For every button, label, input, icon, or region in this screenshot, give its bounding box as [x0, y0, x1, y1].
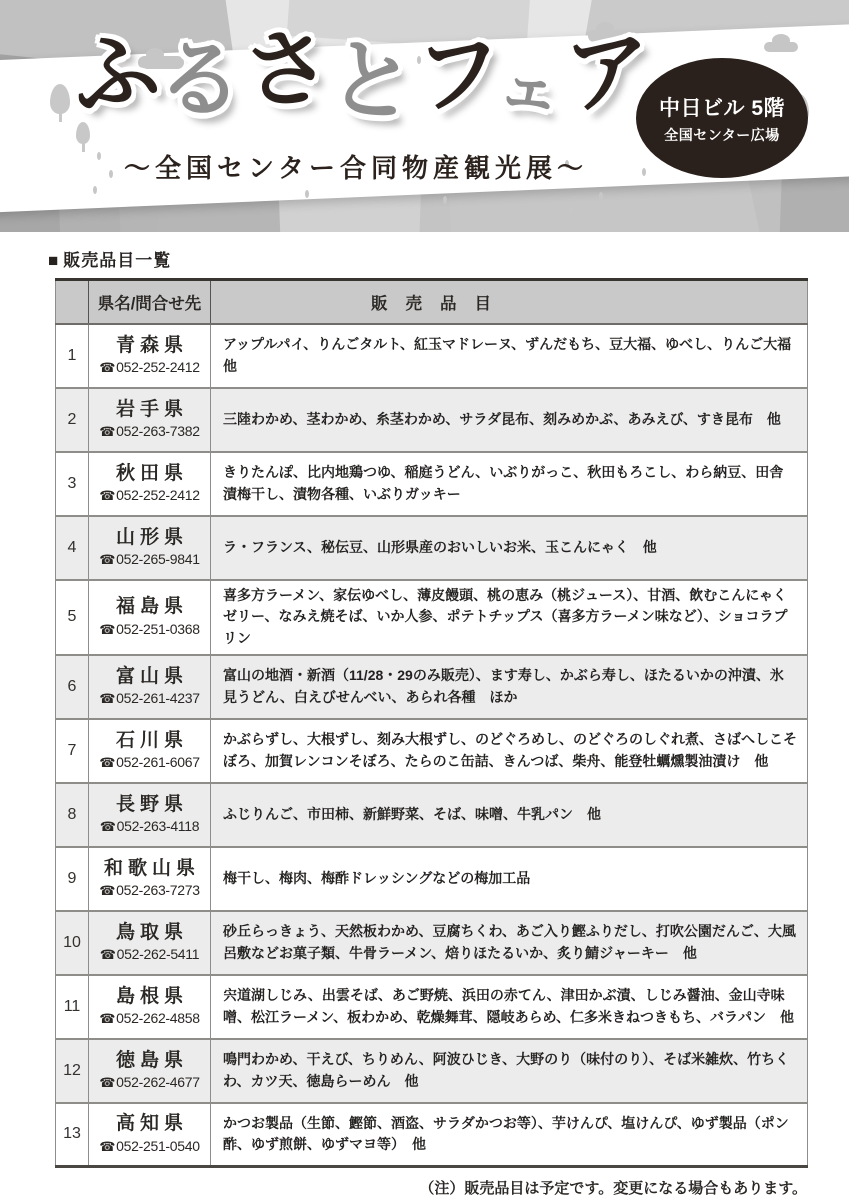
prefecture-contact-cell: 石川県☎052-261-6067: [89, 719, 211, 783]
phone-icon: ☎: [99, 424, 115, 439]
row-number: 4: [56, 516, 89, 580]
venue-badge-line1: 中日ビル 5階: [659, 92, 785, 122]
prefecture-name: 山形県: [91, 527, 208, 550]
table-row: 8長野県☎052-263-4118ふじりんご、市田柿、新鮮野菜、そば、味噌、牛乳…: [56, 783, 808, 847]
footnote: （注）販売品目は予定です。変更になる場合もあります。: [48, 1177, 807, 1198]
phone-number: ☎052-265-9841: [91, 551, 208, 568]
row-number: 10: [56, 911, 89, 975]
phone-number: ☎052-252-2412: [91, 359, 208, 376]
fair-subtitle: ～全国センター合同物産観光展～: [86, 148, 626, 185]
flyer-page: { "header": { "title_chars": [ {"ch":"ふ"…: [0, 0, 849, 1200]
prefecture-contact-cell: 福島県☎052-251-0368: [89, 580, 211, 655]
items-cell: 宍道湖しじみ、出雲そば、あご野焼、浜田の赤てん、津田かぶ漬、しじみ醤油、金山寺味…: [211, 975, 808, 1039]
prefecture-name: 福島県: [91, 596, 208, 619]
phone-icon: ☎: [99, 360, 115, 375]
table-row: 6富山県☎052-261-4237富山の地酒・新酒（11/28・29のみ販売）、…: [56, 655, 808, 719]
row-number: 6: [56, 655, 89, 719]
table-row: 2岩手県☎052-263-7382三陸わかめ、茎わかめ、糸茎わかめ、サラダ昆布、…: [56, 388, 808, 452]
row-number: 7: [56, 719, 89, 783]
title-char: ェ: [493, 51, 566, 124]
header-cell-number: [56, 280, 89, 324]
prefecture-name: 秋田県: [91, 463, 208, 486]
prefecture-name: 高知県: [91, 1113, 208, 1136]
content-area: ■販売品目一覧 県名/問合せ先 販売品目 1青森県☎052-252-2412アッ…: [0, 232, 849, 1198]
prefecture-contact-cell: 秋田県☎052-252-2412: [89, 452, 211, 516]
phone-number: ☎052-251-0368: [91, 621, 208, 638]
row-number: 3: [56, 452, 89, 516]
items-cell: かぶらずし、大根ずし、刻み大根ずし、のどぐろめし、のどぐろのしぐれ煮、さばへしこ…: [211, 719, 808, 783]
phone-icon: ☎: [99, 1075, 115, 1090]
prefecture-contact-cell: 青森県☎052-252-2412: [89, 324, 211, 388]
title-char: フ: [413, 28, 506, 121]
row-number: 12: [56, 1039, 89, 1103]
prefecture-contact-cell: 高知県☎052-251-0540: [89, 1103, 211, 1167]
header-cell-items: 販売品目: [211, 280, 808, 324]
items-cell: 喜多方ラーメン、家伝ゆべし、薄皮饅頭、桃の恵み（桃ジュース）、甘酒、飲むこんにゃ…: [211, 580, 808, 655]
phone-number: ☎052-262-4677: [91, 1074, 208, 1091]
prefecture-contact-cell: 富山県☎052-261-4237: [89, 655, 211, 719]
table-row: 1青森県☎052-252-2412アップルパイ、りんごタルト、紅玉マドレーヌ、ず…: [56, 324, 808, 388]
table-row: 7石川県☎052-261-6067かぶらずし、大根ずし、刻み大根ずし、のどぐろめ…: [56, 719, 808, 783]
prefecture-contact-cell: 徳島県☎052-262-4677: [89, 1039, 211, 1103]
table-row: 10鳥取県☎052-262-5411砂丘らっきょう、天然板わかめ、豆腐ちくわ、あ…: [56, 911, 808, 975]
title-char: と: [325, 35, 420, 130]
header-cell-contact: 県名/問合せ先: [89, 280, 211, 324]
phone-icon: ☎: [99, 691, 115, 706]
prefecture-contact-cell: 長野県☎052-263-4118: [89, 783, 211, 847]
prefecture-contact-cell: 岩手県☎052-263-7382: [89, 388, 211, 452]
items-cell: かつお製品（生節、鰹節、酒盗、サラダかつお等）、芋けんぴ、塩けんぴ、ゆず製品（ポ…: [211, 1103, 808, 1167]
items-cell: 三陸わかめ、茎わかめ、糸茎わかめ、サラダ昆布、刻みめかぶ、あみえび、すき昆布 他: [211, 388, 808, 452]
row-number: 9: [56, 847, 89, 911]
prefecture-name: 青森県: [91, 335, 208, 358]
prefecture-name: 島根県: [91, 986, 208, 1009]
row-number: 1: [56, 324, 89, 388]
table-row: 12徳島県☎052-262-4677鳴門わかめ、干えび、ちりめん、阿波ひじき、大…: [56, 1039, 808, 1103]
phone-number: ☎052-263-4118: [91, 818, 208, 835]
phone-icon: ☎: [99, 1139, 115, 1154]
row-number: 8: [56, 783, 89, 847]
phone-number: ☎052-263-7273: [91, 882, 208, 899]
phone-number: ☎052-261-4237: [91, 690, 208, 707]
table-row: 13高知県☎052-251-0540かつお製品（生節、鰹節、酒盗、サラダかつお等…: [56, 1103, 808, 1167]
items-cell: 富山の地酒・新酒（11/28・29のみ販売）、ます寿し、かぶら寿し、ほたるいかの…: [211, 655, 808, 719]
items-cell: ラ・フランス、秘伝豆、山形県産のおいしいお米、玉こんにゃく 他: [211, 516, 808, 580]
row-number: 13: [56, 1103, 89, 1167]
phone-number: ☎052-251-0540: [91, 1138, 208, 1155]
title-char: ふ: [66, 24, 164, 122]
phone-icon: ☎: [100, 819, 116, 834]
prefecture-name: 長野県: [91, 794, 208, 817]
phone-icon: ☎: [99, 488, 115, 503]
prefecture-name: 石川県: [91, 730, 208, 753]
items-cell: 砂丘らっきょう、天然板わかめ、豆腐ちくわ、あご入り鰹ふりだし、打吹公園だんご、大…: [211, 911, 808, 975]
prefecture-name: 鳥取県: [91, 922, 208, 945]
venue-badge: 中日ビル 5階 全国センター広場: [636, 58, 808, 178]
section-title: ■販売品目一覧: [48, 246, 807, 271]
items-cell: 鳴門わかめ、干えび、ちりめん、阿波ひじき、大野のり（味付のり）、そば米雑炊、竹ち…: [211, 1039, 808, 1103]
table-row: 3秋田県☎052-252-2412きりたんぽ、比内地鶏つゆ、稲庭うどん、いぶりが…: [56, 452, 808, 516]
phone-icon: ☎: [100, 947, 116, 962]
square-bullet-icon: ■: [48, 251, 59, 270]
title-char: る: [154, 33, 247, 126]
table-row: 5福島県☎052-251-0368喜多方ラーメン、家伝ゆべし、薄皮饅頭、桃の恵み…: [56, 580, 808, 655]
items-cell: アップルパイ、りんごタルト、紅玉マドレーヌ、ずんだもち、豆大福、ゆべし、りんご大…: [211, 324, 808, 388]
prefecture-name: 岩手県: [91, 399, 208, 422]
phone-number: ☎052-262-5411: [91, 946, 208, 963]
title-char: さ: [239, 23, 334, 118]
items-cell: ふじりんご、市田柿、新鮮野菜、そば、味噌、牛乳パン 他: [211, 783, 808, 847]
row-number: 2: [56, 388, 89, 452]
phone-icon: ☎: [99, 1011, 115, 1026]
header-banner: ふるさとフェア ～全国センター合同物産観光展～ 中日ビル 5階 全国センター広場: [0, 0, 849, 232]
prefecture-contact-cell: 島根県☎052-262-4858: [89, 975, 211, 1039]
prefecture-name: 和歌山県: [91, 858, 208, 881]
table-row: 11島根県☎052-262-4858宍道湖しじみ、出雲そば、あご野焼、浜田の赤て…: [56, 975, 808, 1039]
phone-icon: ☎: [99, 552, 115, 567]
tree-icon: [50, 84, 70, 114]
phone-number: ☎052-261-6067: [91, 754, 208, 771]
fair-title: ふるさとフェア: [72, 30, 652, 116]
phone-number: ☎052-262-4858: [91, 1010, 208, 1027]
table-header-row: 県名/問合せ先 販売品目: [56, 280, 808, 324]
table-row: 9和歌山県☎052-263-7273梅干し、梅肉、梅酢ドレッシングなどの梅加工品: [56, 847, 808, 911]
phone-number: ☎052-252-2412: [91, 487, 208, 504]
prefecture-contact-cell: 山形県☎052-265-9841: [89, 516, 211, 580]
prefecture-name: 富山県: [91, 666, 208, 689]
row-number: 11: [56, 975, 89, 1039]
items-cell: 梅干し、梅肉、梅酢ドレッシングなどの梅加工品: [211, 847, 808, 911]
header-items-label: 販売品目: [353, 290, 509, 314]
items-table-body: 1青森県☎052-252-2412アップルパイ、りんごタルト、紅玉マドレーヌ、ず…: [56, 324, 808, 1167]
prefecture-name: 徳島県: [91, 1050, 208, 1073]
phone-icon: ☎: [99, 622, 115, 637]
items-cell: きりたんぽ、比内地鶏つゆ、稲庭うどん、いぶりがっこ、秋田もろこし、わら納豆、田舎…: [211, 452, 808, 516]
cloud-icon: [764, 42, 798, 52]
phone-icon: ☎: [99, 755, 115, 770]
table-row: 4山形県☎052-265-9841ラ・フランス、秘伝豆、山形県産のおいしいお米、…: [56, 516, 808, 580]
row-number: 5: [56, 580, 89, 655]
phone-icon: ☎: [99, 883, 115, 898]
prefecture-contact-cell: 和歌山県☎052-263-7273: [89, 847, 211, 911]
phone-number: ☎052-263-7382: [91, 423, 208, 440]
items-table: 県名/問合せ先 販売品目 1青森県☎052-252-2412アップルパイ、りんご…: [55, 278, 808, 1168]
venue-badge-line2: 全国センター広場: [664, 125, 779, 145]
prefecture-contact-cell: 鳥取県☎052-262-5411: [89, 911, 211, 975]
section-title-label: 販売品目一覧: [63, 251, 171, 270]
